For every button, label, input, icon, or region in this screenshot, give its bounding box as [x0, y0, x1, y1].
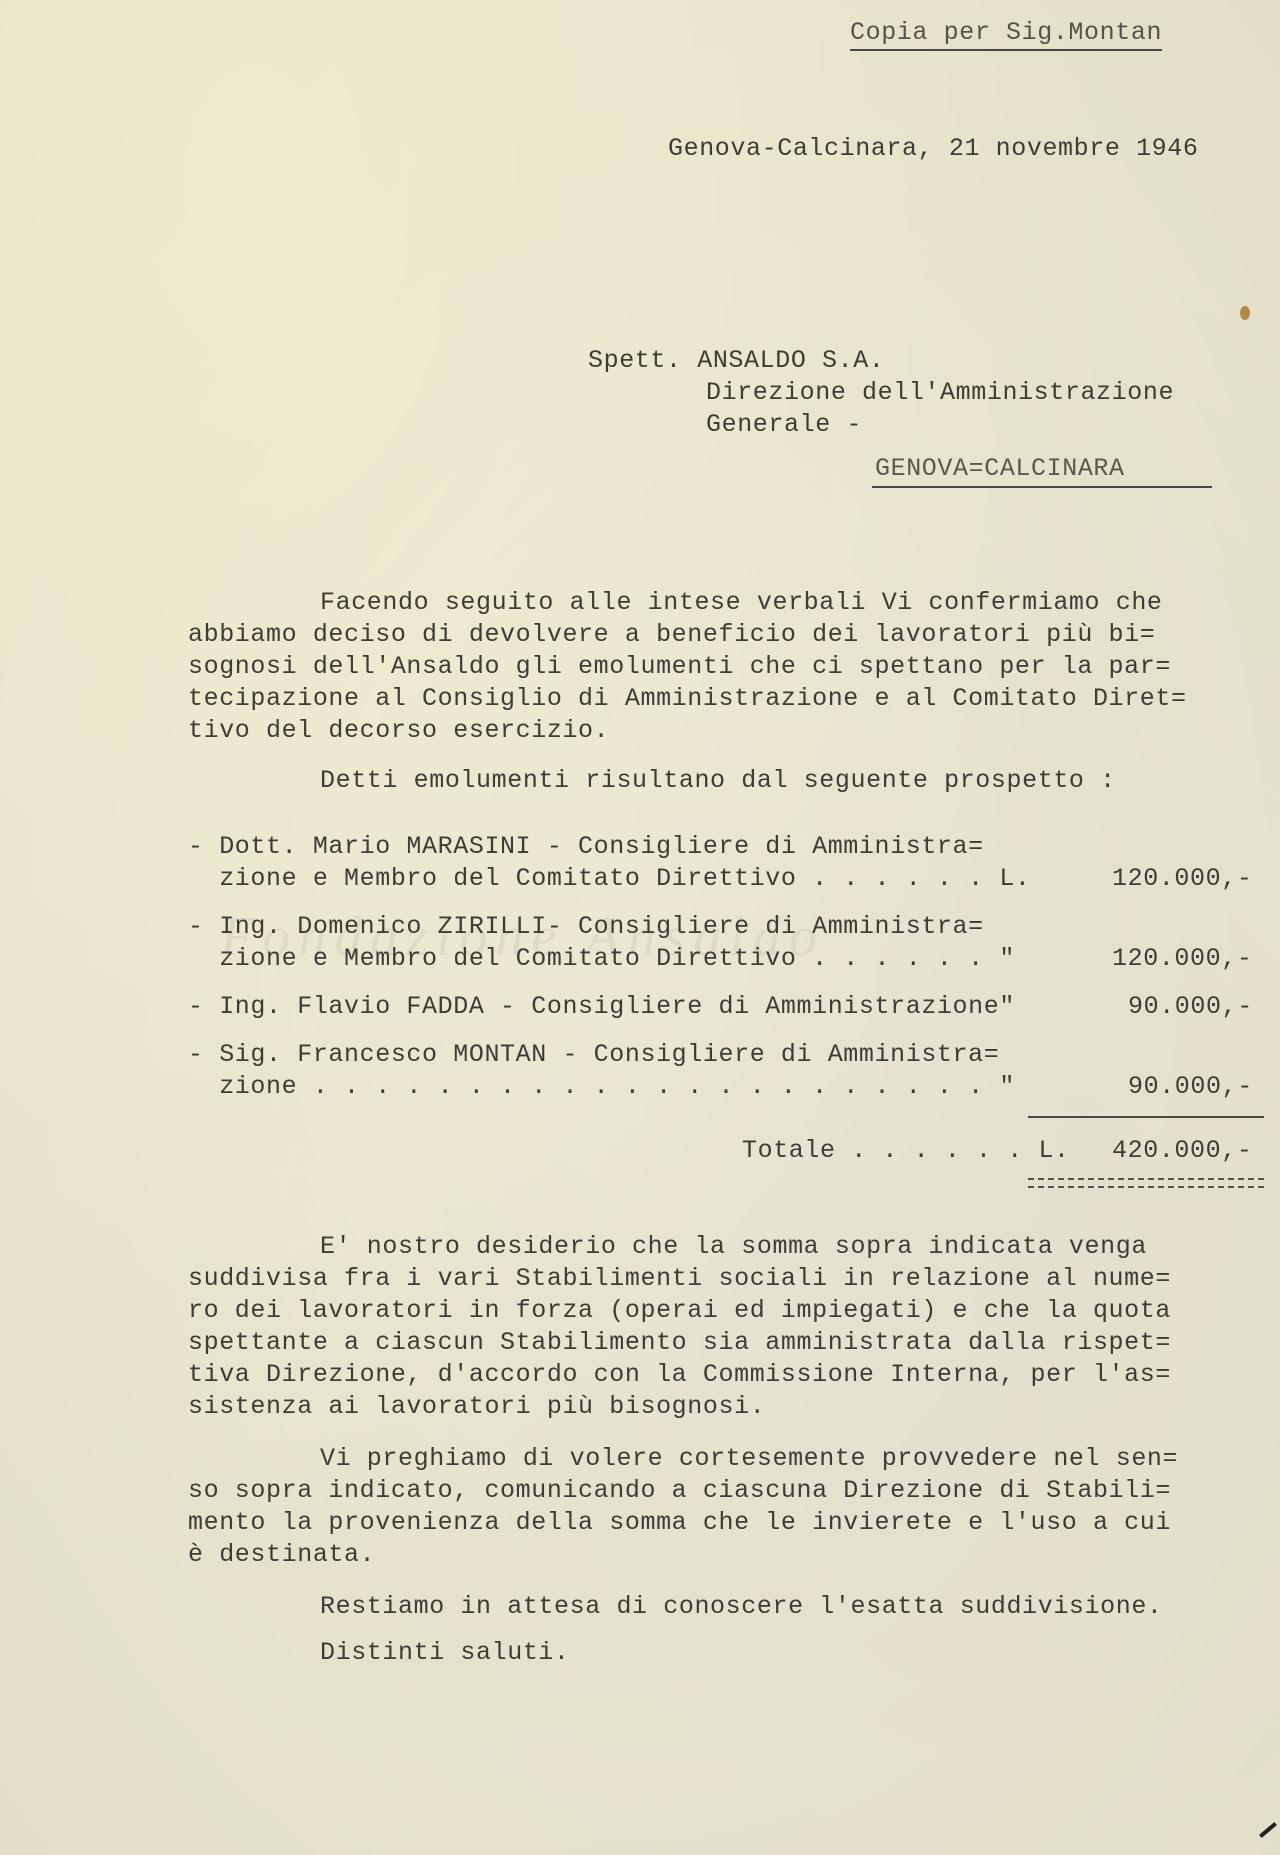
para4-line: mento la provenienza della somma che le … — [188, 1510, 1171, 1535]
recipient-department: Direzione dell'Amministrazione — [706, 380, 1174, 405]
emolument-line: zione . . . . . . . . . . . . . . . . . … — [188, 1074, 1015, 1099]
city-underline — [872, 486, 1212, 488]
para4-line: è destinata. — [188, 1542, 375, 1567]
dateline: Genova-Calcinara, 21 novembre 1946 — [668, 136, 1198, 161]
para4-line: so sopra indicato, comunicando a ciascun… — [188, 1478, 1171, 1503]
emolument-line: - Sig. Francesco MONTAN - Consigliere di… — [188, 1042, 999, 1067]
para1-line: abbiamo deciso di devolvere a beneficio … — [188, 622, 1155, 647]
emolument-amount: 90.000,- — [1128, 1074, 1253, 1099]
corner-mark — [1259, 1822, 1277, 1838]
para3-line: spettante a ciascun Stabilimento sia amm… — [188, 1330, 1171, 1355]
total-double-underline — [1028, 1178, 1264, 1188]
para3-line: suddivisa fra i vari Stabilimenti social… — [188, 1266, 1171, 1291]
sum-rule — [1028, 1116, 1264, 1118]
letter-page: Copia per Sig.Montan Genova-Calcinara, 2… — [0, 0, 1280, 1855]
recipient-department-cont: Generale - — [706, 412, 862, 437]
para5: Restiamo in attesa di conoscere l'esatta… — [320, 1594, 1163, 1619]
emolument-line: - Dott. Mario MARASINI - Consigliere di … — [188, 834, 984, 859]
emolument-line: - Ing. Domenico ZIRILLI- Consigliere di … — [188, 914, 984, 939]
total-label: Totale . . . . . . L. — [742, 1138, 1070, 1163]
emolument-amount: 90.000,- — [1128, 994, 1253, 1019]
emolument-line: - Ing. Flavio FADDA - Consigliere di Amm… — [188, 994, 1015, 1019]
salutation: Distinti saluti. — [320, 1640, 570, 1665]
emolument-amount: 120.000,- — [1112, 866, 1252, 891]
para2: Detti emolumenti risultano dal seguente … — [320, 768, 1116, 793]
recipient-city: GENOVA=CALCINARA — [875, 456, 1125, 481]
para4-line: Vi preghiamo di volere cortesemente prov… — [320, 1446, 1178, 1471]
stain-speck — [1240, 306, 1250, 320]
para1-line: sognosi dell'Ansaldo gli emolumenti che … — [188, 654, 1171, 679]
para1-line: tivo del decorso esercizio. — [188, 718, 609, 743]
para3-line: ro dei lavoratori in forza (operai ed im… — [188, 1298, 1171, 1323]
para1-line: tecipazione al Consiglio di Amministrazi… — [188, 686, 1187, 711]
copy-note: Copia per Sig.Montan — [850, 20, 1162, 51]
para3-line: sistenza ai lavoratori più bisognosi. — [188, 1394, 765, 1419]
para3-line: E' nostro desiderio che la somma sopra i… — [320, 1234, 1147, 1259]
emolument-line: zione e Membro del Comitato Direttivo . … — [188, 946, 1015, 971]
para3-line: tiva Direzione, d'accordo con la Commiss… — [188, 1362, 1171, 1387]
recipient-name: Spett. ANSALDO S.A. — [588, 348, 884, 373]
para1-line: Facendo seguito alle intese verbali Vi c… — [320, 590, 1163, 615]
emolument-line: zione e Membro del Comitato Direttivo . … — [188, 866, 1031, 891]
total-amount: 420.000,- — [1112, 1138, 1252, 1163]
emolument-amount: 120.000,- — [1112, 946, 1252, 971]
